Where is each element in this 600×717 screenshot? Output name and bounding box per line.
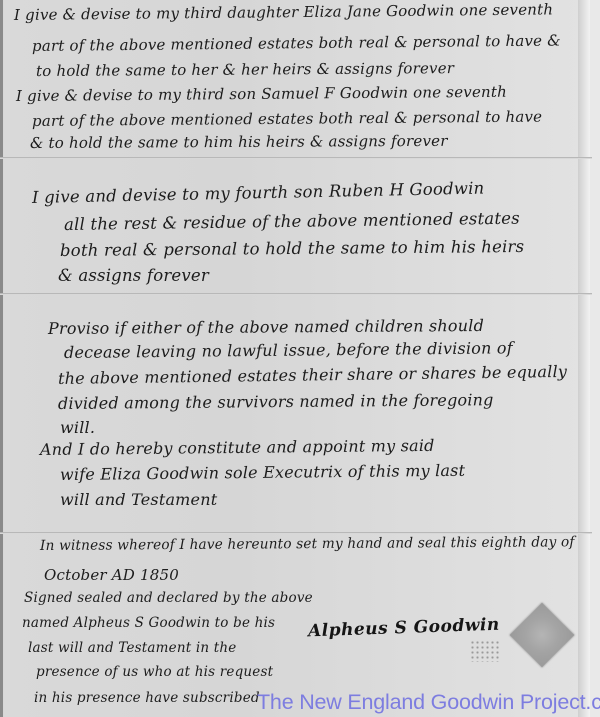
- handwritten-line: wife Eliza Goodwin sole Executrix of thi…: [60, 461, 465, 484]
- handwritten-line: the above mentioned estates their share …: [58, 362, 567, 388]
- handwritten-line: named Alpheus S Goodwin to be his: [22, 615, 275, 631]
- handwritten-line: last will and Testament in the: [28, 640, 236, 656]
- handwritten-line: I give and devise to my fourth son Ruben…: [32, 179, 485, 207]
- handwritten-line: both real & personal to hold the same to…: [60, 237, 524, 260]
- handwritten-line: all the rest & residue of the above ment…: [64, 209, 520, 234]
- page-right-margin: [578, 0, 590, 717]
- page-fold: [0, 293, 592, 295]
- handwritten-line: I give & devise to my third daughter Eli…: [14, 0, 553, 24]
- handwritten-line: divided among the survivors named in the…: [58, 390, 494, 413]
- handwritten-line: Signed sealed and declared by the above: [24, 590, 313, 606]
- handwritten-line: part of the above mentioned estates both…: [32, 108, 542, 130]
- handwritten-line: Proviso if either of the above named chi…: [48, 316, 484, 338]
- handwritten-line: in his presence have subscribed: [34, 690, 260, 706]
- handwritten-line: And I do hereby constitute and appoint m…: [40, 436, 435, 459]
- page-fold: [0, 532, 592, 534]
- testator-signature: Alpheus S Goodwin: [308, 615, 500, 642]
- handwritten-line: I give & devise to my third son Samuel F…: [16, 83, 507, 105]
- handwritten-date: October AD 1850: [44, 566, 179, 584]
- handwritten-line: & to hold the same to him his heirs & as…: [30, 132, 448, 152]
- handwritten-line: In witness whereof I have hereunto set m…: [40, 534, 575, 554]
- handwritten-line: & assigns forever: [58, 266, 209, 285]
- document-page: I give & devise to my third daughter Eli…: [0, 0, 590, 717]
- seal-residue: [470, 640, 500, 662]
- wax-seal-icon: [509, 602, 574, 667]
- handwritten-line: presence of us who at his request: [36, 664, 273, 680]
- handwritten-line: will.: [60, 418, 95, 437]
- page-left-edge: [0, 0, 3, 717]
- watermark: The New England Goodwin Project.com: [257, 690, 600, 715]
- handwritten-line: to hold the same to her & her heirs & as…: [36, 59, 454, 80]
- handwritten-line: part of the above mentioned estates both…: [32, 31, 561, 55]
- page-fold: [0, 157, 592, 159]
- handwritten-line: decease leaving no lawful issue, before …: [64, 338, 513, 362]
- handwritten-line: will and Testament: [60, 490, 217, 509]
